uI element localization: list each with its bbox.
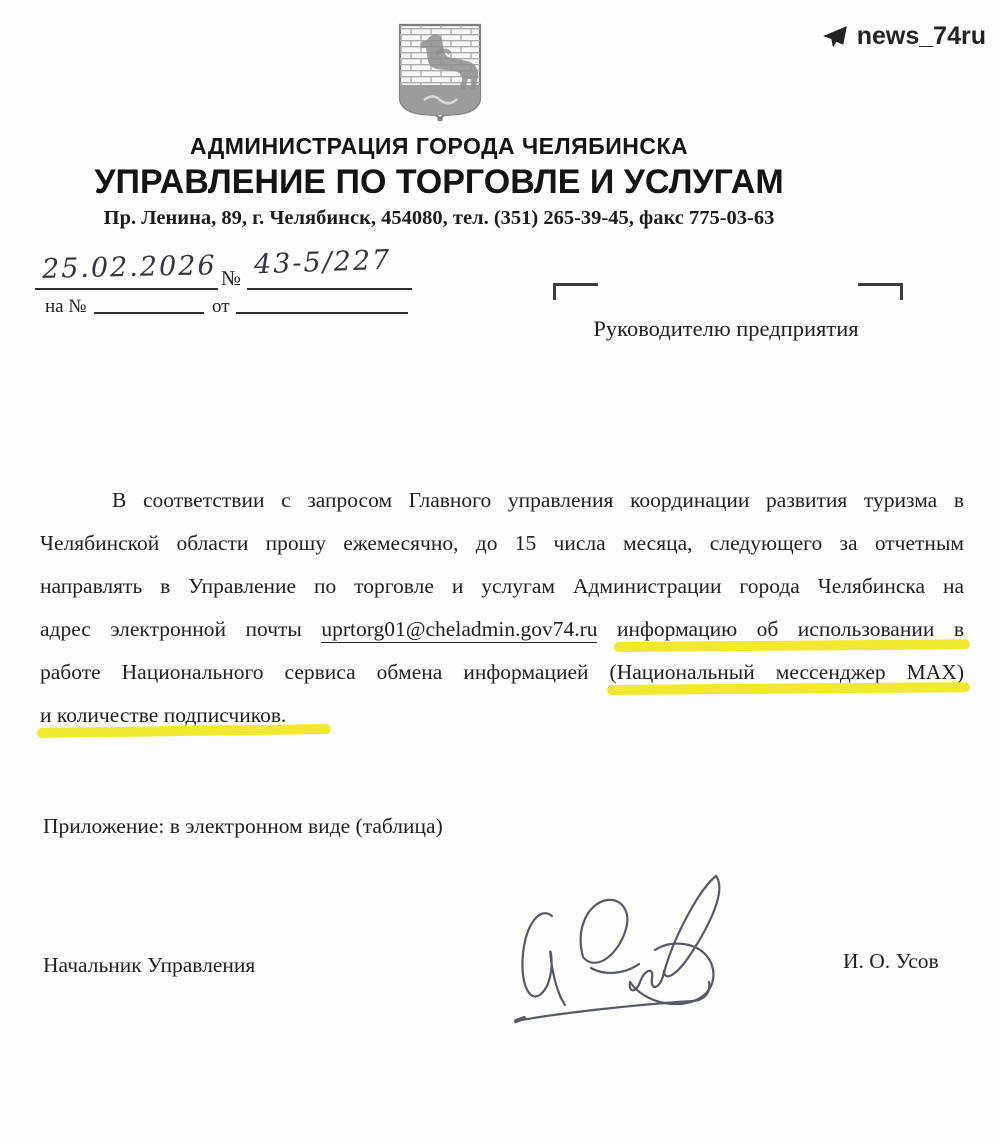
handwritten-outgoing-number: 43-5/227	[254, 245, 392, 281]
body-text: Челябинской области прошу ежемесячно, до…	[40, 531, 964, 555]
reply-number-blank-line	[94, 312, 204, 314]
number-sign: №	[221, 266, 241, 291]
body-line-6: и количестве подписчиков.	[40, 700, 964, 743]
address-corner-bracket-right	[858, 283, 903, 300]
body-line-5: работе Национального сервиса обмена инфо…	[40, 657, 964, 700]
body-text: В соответствии с запросом Главного управ…	[112, 488, 964, 512]
watermark: news_74ru	[822, 22, 986, 51]
date-blank-line	[35, 288, 218, 290]
signer-name: И. О. Усов	[843, 949, 939, 974]
body-text: работе Национального сервиса обмена инфо…	[40, 660, 610, 684]
highlighted-text: (Национальный мессенджер MAX)	[610, 660, 964, 684]
body-line-3: направлять в Управление по торговле и ус…	[40, 571, 964, 614]
handwritten-date: 25.02.2026	[42, 250, 217, 285]
contact-address-line: Пр. Ленина, 89, г. Челябинск, 454080, те…	[0, 207, 878, 230]
email-address: uprtorg01@cheladmin.gov74.ru	[321, 617, 597, 643]
signature	[495, 858, 735, 1043]
watermark-label: news_74ru	[857, 22, 986, 51]
body-line-1: В соответствии с запросом Главного управ…	[40, 485, 964, 528]
highlighted-text: и количестве подписчиков.	[40, 703, 286, 727]
addressee-label: Руководителю предприятия	[556, 316, 896, 342]
coat-of-arms-emblem	[396, 22, 484, 121]
body-text: направлять в Управление по торговле и ус…	[40, 574, 964, 598]
highlighted-text: информацию об использовании в	[617, 617, 964, 641]
address-corner-bracket-left	[553, 283, 598, 300]
signer-position: Начальник Управления	[43, 953, 255, 978]
reply-from-label: от	[212, 296, 230, 318]
reply-to-number-label: на №	[45, 296, 86, 318]
letter-page: { "watermark": { "icon": "paper-plane-ic…	[0, 0, 1000, 1145]
letterhead: АДМИНИСТРАЦИЯ ГОРОДА ЧЕЛЯБИНСКА УПРАВЛЕН…	[0, 133, 878, 230]
paper-plane-icon	[822, 25, 848, 49]
reply-date-blank-line	[236, 312, 408, 314]
organization-name: АДМИНИСТРАЦИЯ ГОРОДА ЧЕЛЯБИНСКА	[0, 133, 878, 160]
body-text: адрес электронной почты	[40, 617, 321, 641]
body-line-2: Челябинской области прошу ежемесячно, до…	[40, 528, 964, 571]
number-blank-line	[247, 288, 412, 290]
body-line-4: адрес электронной почты uprtorg01@chelad…	[40, 614, 964, 657]
department-name: УПРАВЛЕНИЕ ПО ТОРГОВЛЕ И УСЛУГАМ	[0, 163, 878, 202]
attachment-note: Приложение: в электронном виде (таблица)	[43, 814, 443, 839]
letter-body: В соответствии с запросом Главного управ…	[40, 485, 964, 743]
